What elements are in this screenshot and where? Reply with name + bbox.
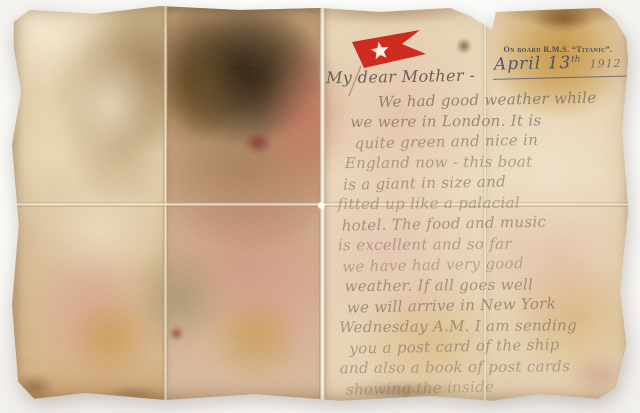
titanic-letter: On board R.M.S. “Titanic”. April 13th191… [12,6,630,402]
letter-shadow-wrapper: On board R.M.S. “Titanic”. April 13th191… [0,0,640,413]
edge-vignette [12,6,630,402]
photo-backdrop: On board R.M.S. “Titanic”. April 13th191… [0,0,640,413]
